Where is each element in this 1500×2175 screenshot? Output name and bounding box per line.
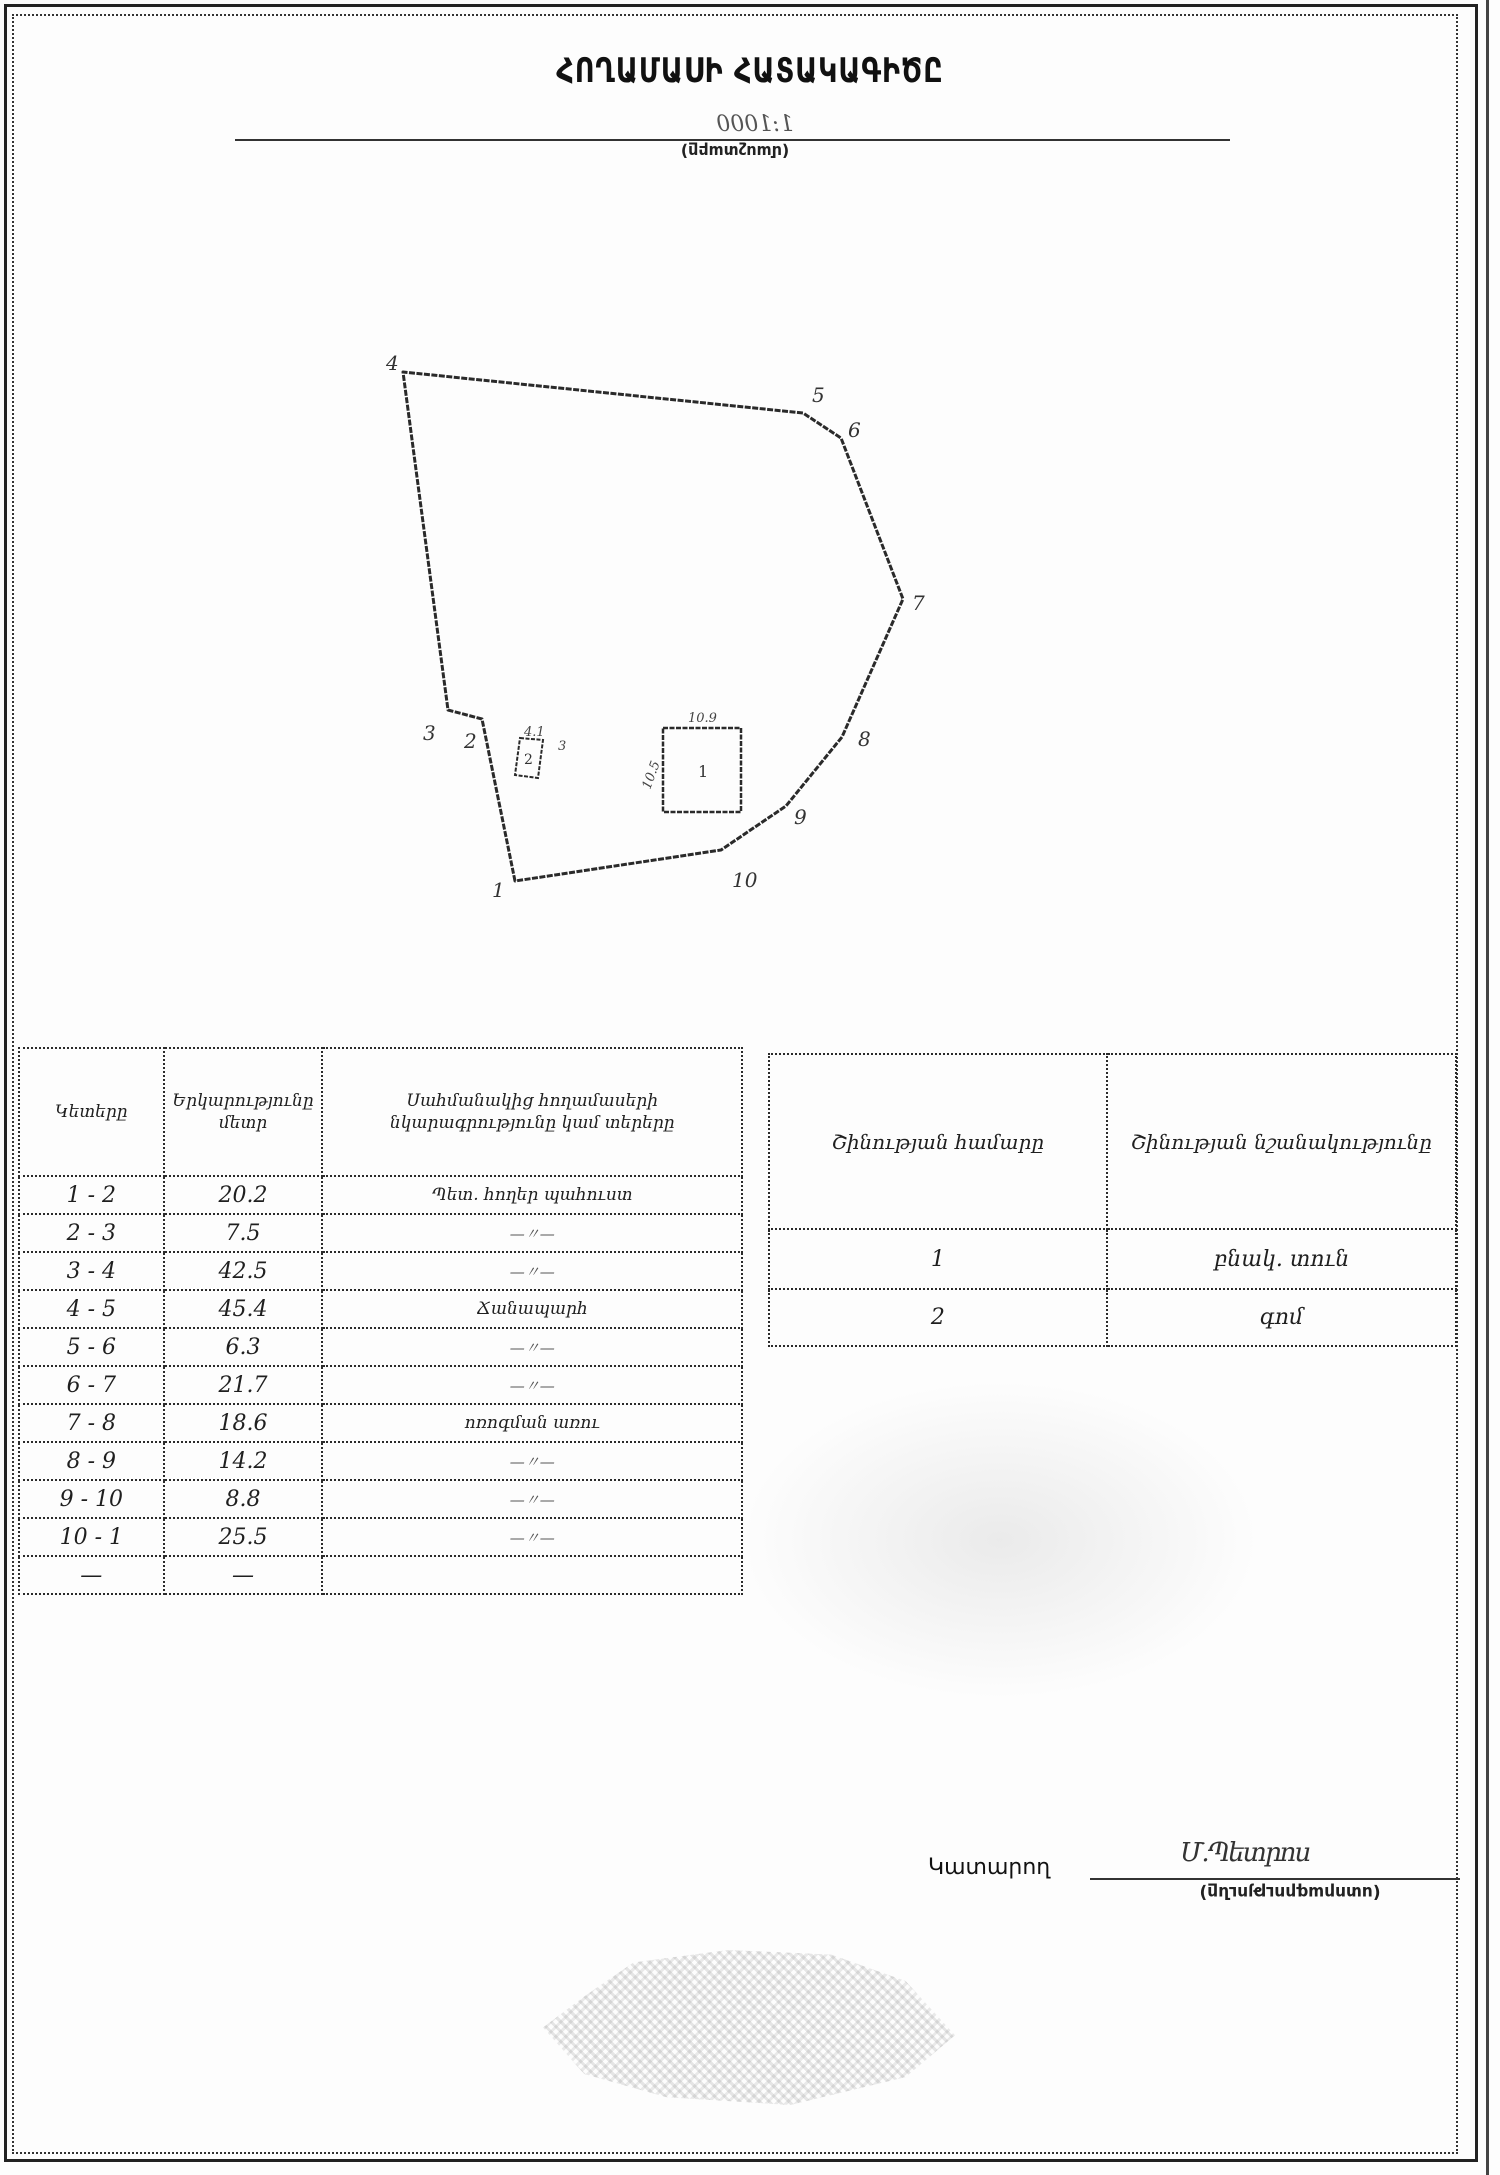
- signature-line: [1090, 1878, 1460, 1880]
- table-row: 3 - 4 42.5 —〃—: [19, 1252, 742, 1290]
- header-adjacent: Սահմանակից հողամասերի նկարագրությունը կա…: [322, 1048, 742, 1176]
- building-table: Շինության համարը Շինության նշանակություն…: [768, 1053, 1457, 1347]
- table-row: 1 բնակ. տուն: [769, 1229, 1456, 1289]
- signature-caption: (ստորագրությունը): [1160, 1882, 1420, 1902]
- row-length: 20.2: [164, 1176, 323, 1214]
- row-adjacent: Պետ. հողեր պահուստ: [322, 1176, 742, 1214]
- row-length: 21.7: [164, 1366, 323, 1404]
- boundary-table: Կետերը Երկարությունը մետր Սահմանակից հող…: [18, 1047, 743, 1595]
- table-row: 1 - 2 20.2 Պետ. հողեր պահուստ: [19, 1176, 742, 1214]
- building-purpose: գոմ: [1107, 1289, 1456, 1346]
- building-number: 2: [769, 1289, 1107, 1346]
- row-adjacent: —〃—: [322, 1214, 742, 1252]
- row-length: 6.3: [164, 1328, 323, 1366]
- building-2: 2 4.1 3: [515, 725, 566, 778]
- row-points: 2 - 3: [19, 1214, 164, 1252]
- table-row: 4 - 5 45.4 Ճանապարհ: [19, 1290, 742, 1328]
- row-points: 5 - 6: [19, 1328, 164, 1366]
- header-building-number: Շինության համարը: [769, 1054, 1107, 1229]
- header-length: Երկարությունը մետր: [164, 1048, 323, 1176]
- table-row: 5 - 6 6.3 —〃—: [19, 1328, 742, 1366]
- land-plot-plan-page: ՀՈՂԱՄԱՍԻ ՀԱՏԱԿԱԳԻԾԸ 1:1000 (մասշտաբը) 1 …: [0, 0, 1500, 2175]
- row-points: 10 - 1: [19, 1518, 164, 1556]
- header-points: Կետերը: [19, 1048, 164, 1176]
- building-2-number: 2: [524, 752, 533, 768]
- row-adjacent: —〃—: [322, 1328, 742, 1366]
- row-length: 42.5: [164, 1252, 323, 1290]
- table-row: 2 - 3 7.5 —〃—: [19, 1214, 742, 1252]
- row-points: 8 - 9: [19, 1442, 164, 1480]
- row-adjacent: —〃—: [322, 1442, 742, 1480]
- row-adjacent: —〃—: [322, 1518, 742, 1556]
- building-number: 1: [769, 1229, 1107, 1289]
- building-table-header: Շինության համարը Շինության նշանակություն…: [769, 1054, 1456, 1229]
- vertex-label-4: 4: [385, 351, 399, 375]
- building-1: 1 10.9 10.5: [640, 711, 741, 812]
- building-1-number: 1: [698, 762, 708, 781]
- row-length: —: [164, 1556, 323, 1594]
- row-length: 45.4: [164, 1290, 323, 1328]
- row-points: 6 - 7: [19, 1366, 164, 1404]
- row-length: 18.6: [164, 1404, 323, 1442]
- vertex-label-5: 5: [812, 383, 825, 407]
- building-1-width: 10.9: [688, 711, 717, 726]
- table-row-total: — —: [19, 1556, 742, 1594]
- row-points: 1 - 2: [19, 1176, 164, 1214]
- row-length: 7.5: [164, 1214, 323, 1252]
- row-adjacent: Ճանապարհ: [322, 1290, 742, 1328]
- vertex-label-9: 9: [794, 805, 807, 829]
- vertex-label-2: 2: [463, 729, 477, 753]
- vertex-label-7: 7: [912, 591, 925, 615]
- vertex-label-1: 1: [492, 878, 505, 902]
- row-points: 3 - 4: [19, 1252, 164, 1290]
- plot-plan-drawing: 1 2 3 4 5 6 7 8 9 10 1 10.9 10.5 2 4.1 3: [0, 0, 1500, 1000]
- row-length: 14.2: [164, 1442, 323, 1480]
- row-points: —: [19, 1556, 164, 1594]
- building-1-height: 10.5: [640, 759, 664, 791]
- vertex-label-6: 6: [848, 418, 861, 442]
- boundary-table-header: Կետերը Երկարությունը մետր Սահմանակից հող…: [19, 1048, 742, 1176]
- plot-boundary: [403, 372, 903, 881]
- table-row: 7 - 8 18.6 ոռոգման առու: [19, 1404, 742, 1442]
- row-adjacent: ոռոգման առու: [322, 1404, 742, 1442]
- row-points: 7 - 8: [19, 1404, 164, 1442]
- table-row: 6 - 7 21.7 —〃—: [19, 1366, 742, 1404]
- row-adjacent: —〃—: [322, 1366, 742, 1404]
- row-adjacent: [322, 1556, 742, 1594]
- table-row: 8 - 9 14.2 —〃—: [19, 1442, 742, 1480]
- row-length: 25.5: [164, 1518, 323, 1556]
- row-adjacent: —〃—: [322, 1480, 742, 1518]
- building-2-height: 3: [558, 739, 566, 754]
- performer-label: Կատարող: [928, 1855, 1050, 1880]
- row-points: 9 - 10: [19, 1480, 164, 1518]
- header-building-purpose: Շինության նշանակությունը: [1107, 1054, 1456, 1229]
- scan-smudge: [740, 1380, 1260, 1700]
- vertex-labels: 1 2 3 4 5 6 7 8 9 10: [385, 351, 925, 902]
- building-2-width: 4.1: [523, 725, 545, 740]
- table-row: 10 - 1 25.5 —〃—: [19, 1518, 742, 1556]
- row-adjacent: —〃—: [322, 1252, 742, 1290]
- row-points: 4 - 5: [19, 1290, 164, 1328]
- table-row: 2 գոմ: [769, 1289, 1456, 1346]
- signature: Մ.Պետրոս: [1180, 1838, 1430, 1868]
- vertex-label-10: 10: [732, 868, 758, 892]
- vertex-label-3: 3: [423, 721, 436, 745]
- building-purpose: բնակ. տուն: [1107, 1229, 1456, 1289]
- table-row: 9 - 10 8.8 —〃—: [19, 1480, 742, 1518]
- row-length: 8.8: [164, 1480, 323, 1518]
- vertex-label-8: 8: [858, 727, 871, 751]
